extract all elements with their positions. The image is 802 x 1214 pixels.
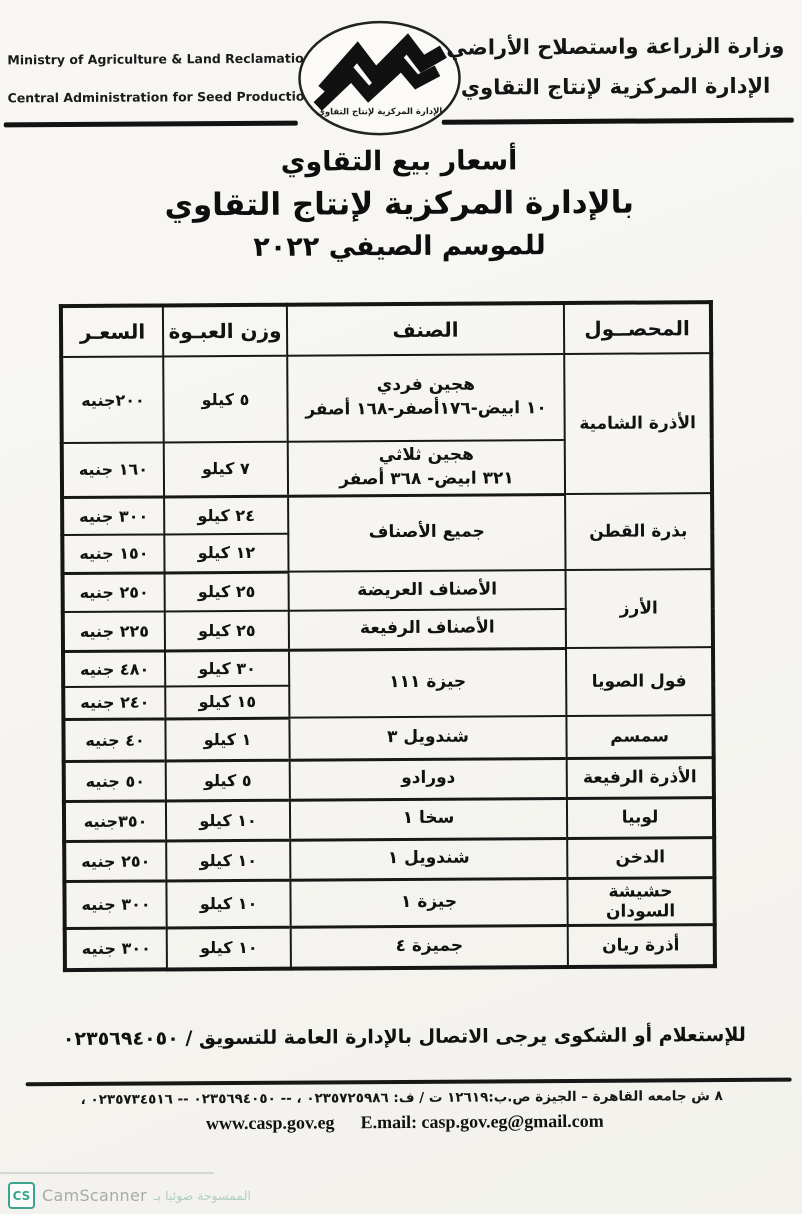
crop-cell: سمسم xyxy=(566,715,713,758)
camscanner-brand: CamScanner xyxy=(42,1186,147,1205)
price-cell: ٣٠٠ جنيه xyxy=(62,497,164,536)
crop-cell: الأرز xyxy=(566,569,713,648)
variety-line-2: ١٠ ابيض-١٧٦أصفر-١٦٨ أصفر xyxy=(291,397,560,422)
contact-line: للإستعلام أو الشكوى يرجى الاتصال بالإدار… xyxy=(3,1024,802,1051)
document-content: Ministry of Agriculture & Land Reclamati… xyxy=(0,0,802,1214)
price-cell: ٣٠٠ جنيه xyxy=(65,928,167,971)
address-line: ٨ ش جامعه القاهرة – الجيزة ص.ب:١٢٦١٩ ت /… xyxy=(4,1088,800,1109)
table-row: أذرة ريان جميزة ٤ ١٠ كيلو ٣٠٠ جنيه xyxy=(65,924,715,970)
ministry-name-ar: وزارة الزراعة واستصلاح الأراضي xyxy=(437,34,793,60)
weight-cell: ١٢ كيلو xyxy=(164,534,288,573)
title-line-3: للموسم الصيفي ٢٠٢٢ xyxy=(0,229,801,265)
document-title: أسعار بيع التقاوي بالإدارة المركزية لإنت… xyxy=(0,144,801,265)
crop-cell: الدخن xyxy=(567,837,714,878)
price-cell: ٢٥٠ جنيه xyxy=(63,573,165,613)
camscanner-arabic-label: الممسوحة ضوئيا بـ xyxy=(154,1188,251,1203)
crop-cell: لوبيا xyxy=(567,797,714,838)
price-cell: ٣٥٠جنيه xyxy=(64,801,166,842)
footer-divider xyxy=(26,1078,792,1087)
variety-cell: سخا ١ xyxy=(290,798,567,840)
price-cell: ٢٠٠جنيه xyxy=(61,356,164,443)
variety-cell: شندويل ١ xyxy=(290,838,567,880)
logo-text: الإدارة المركزية لإنتاج التقاوي xyxy=(317,107,442,118)
crop-cell: فول الصويا xyxy=(566,647,713,716)
variety-cell: هجين فردي ١٠ ابيض-١٧٦أصفر-١٦٨ أصفر xyxy=(287,354,565,442)
table-row: بذرة القطن جميع الأصناف ٢٤ كيلو ٣٠٠ جنيه xyxy=(62,493,712,535)
weight-cell: ٥ كيلو xyxy=(166,760,290,801)
crop-cell: حشيشة السودان xyxy=(567,877,714,925)
variety-line-1: هجين ثلاثي xyxy=(292,443,561,468)
table-row: فول الصويا جيزة ١١١ ٣٠ كيلو ٤٨٠ جنيه xyxy=(63,647,713,687)
price-cell: ٣٠٠ جنيه xyxy=(64,881,166,929)
camscanner-cs-icon: CS xyxy=(8,1182,35,1209)
variety-cell: جيزة ١ xyxy=(290,878,567,927)
prices-table-wrapper: المحصــول الصنف وزن العبـوة السعـر الأذر… xyxy=(59,300,717,972)
weight-cell: ١٠ كيلو xyxy=(166,800,290,841)
letterhead-underline-right xyxy=(442,118,794,125)
price-cell: ٤٠ جنيه xyxy=(63,719,165,762)
administration-name-ar: الإدارة المركزية لإنتاج التقاوي xyxy=(437,74,793,100)
web-email-line: www.casp.gov.egE.mail: casp.gov.eg@gmail… xyxy=(4,1110,802,1136)
weight-cell: ١٥ كيلو xyxy=(165,686,289,719)
variety-line-2: ٣٢١ ابيض- ٣٦٨ أصفر xyxy=(292,467,561,492)
table-row: الأذرة الشامية هجين فردي ١٠ ابيض-١٧٦أصفر… xyxy=(61,353,712,443)
variety-cell: جيزة ١١١ xyxy=(289,648,566,718)
letterhead-english: Ministry of Agriculture & Land Reclamati… xyxy=(7,49,299,51)
camscanner-watermark: CS CamScanner الممسوحة ضوئيا بـ xyxy=(8,1182,251,1209)
weight-cell: ١٠ كيلو xyxy=(166,880,290,928)
weight-cell: ١ كيلو xyxy=(165,718,289,761)
price-cell: ١٥٠ جنيه xyxy=(62,535,164,574)
weight-cell: ٥ كيلو xyxy=(163,356,288,443)
variety-cell: الأصناف الرفيعة xyxy=(289,609,566,650)
column-header-crop: المحصــول xyxy=(564,302,711,354)
variety-cell: الأصناف العريضة xyxy=(289,570,566,611)
weight-cell: ٢٥ كيلو xyxy=(165,572,289,612)
crop-cell: أذرة ريان xyxy=(568,924,715,967)
variety-cell: دورادو xyxy=(290,758,567,800)
column-header-price: السعـر xyxy=(61,305,163,357)
weight-cell: ٢٤ كيلو xyxy=(164,496,288,535)
table-row: سمسم شندويل ٣ ١ كيلو ٤٠ جنيه xyxy=(63,715,713,761)
variety-cell: جميزة ٤ xyxy=(291,925,568,969)
price-cell: ٥٠ جنيه xyxy=(64,761,166,802)
variety-cell: هجين ثلاثي ٣٢١ ابيض- ٣٦٨ أصفر xyxy=(288,440,565,496)
email-address: E.mail: casp.gov.eg@gmail.com xyxy=(360,1111,603,1132)
ministry-name-en: Ministry of Agriculture & Land Reclamati… xyxy=(7,53,312,67)
variety-line-1: هجين فردي xyxy=(291,373,560,398)
column-header-variety: الصنف xyxy=(287,303,564,356)
price-cell: ١٦٠ جنيه xyxy=(62,442,164,497)
table-row: الأذرة الرفيعة دورادو ٥ كيلو ٥٠ جنيه xyxy=(64,757,714,801)
table-row: لوبيا سخا ١ ١٠ كيلو ٣٥٠جنيه xyxy=(64,797,714,841)
price-cell: ٢٤٠ جنيه xyxy=(63,687,165,720)
title-line-2: بالإدارة المركزية لإنتاج التقاوي xyxy=(0,184,800,225)
weight-cell: ١٠ كيلو xyxy=(167,927,291,970)
crop-cell: الأذرة الرفيعة xyxy=(567,757,714,798)
administration-name-en: Central Administration for Seed Producti… xyxy=(8,91,314,105)
letterhead-underline-left xyxy=(4,121,298,128)
column-header-weight: وزن العبـوة xyxy=(163,305,287,357)
weight-cell: ٧ كيلو xyxy=(164,442,288,497)
table-header-row: المحصــول الصنف وزن العبـوة السعـر xyxy=(61,302,711,357)
price-cell: ٢٢٥ جنيه xyxy=(63,612,165,652)
scan-edge-line xyxy=(0,1172,214,1174)
website-url: www.casp.gov.eg xyxy=(206,1112,335,1133)
weight-cell: ٢٥ كيلو xyxy=(165,611,289,651)
price-cell: ٤٨٠ جنيه xyxy=(63,651,165,688)
table-row: الأرز الأصناف العريضة ٢٥ كيلو ٢٥٠ جنيه xyxy=(63,569,713,612)
variety-cell: شندويل ٣ xyxy=(289,716,566,760)
title-line-1: أسعار بيع التقاوي xyxy=(0,144,800,180)
table-row: حشيشة السودان جيزة ١ ١٠ كيلو ٣٠٠ جنيه xyxy=(64,877,714,928)
scanned-document: Ministry of Agriculture & Land Reclamati… xyxy=(0,0,802,1214)
crop-cell: الأذرة الشامية xyxy=(564,353,712,494)
seed-prices-table: المحصــول الصنف وزن العبـوة السعـر الأذر… xyxy=(59,300,717,972)
variety-cell: جميع الأصناف xyxy=(288,494,565,572)
price-cell: ٢٥٠ جنيه xyxy=(64,841,166,882)
letterhead-arabic: وزارة الزراعة واستصلاح الأراضي الإدارة ا… xyxy=(437,34,793,100)
weight-cell: ٣٠ كيلو xyxy=(165,650,289,687)
weight-cell: ١٠ كيلو xyxy=(166,840,290,881)
crop-cell: بذرة القطن xyxy=(565,493,712,570)
table-row: الدخن شندويل ١ ١٠ كيلو ٢٥٠ جنيه xyxy=(64,837,714,881)
